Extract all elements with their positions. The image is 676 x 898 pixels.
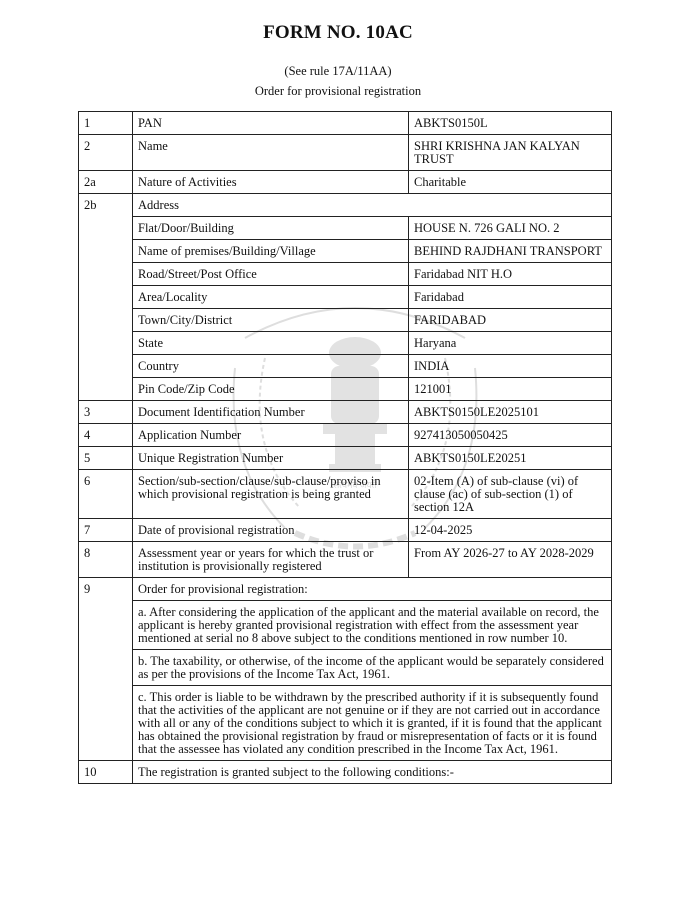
row-serial: 2 [79, 135, 133, 171]
row-value-nature: Charitable [409, 171, 612, 194]
address-label: Road/Street/Post Office [133, 263, 409, 286]
address-value: INDIA [409, 355, 612, 378]
row-label-name: Name [133, 135, 409, 171]
table-row: 2a Nature of Activities Charitable [79, 171, 612, 194]
order-paragraph-c: c. This order is liable to be withdrawn … [133, 686, 612, 761]
address-value: FARIDABAD [409, 309, 612, 332]
row-label-urn: Unique Registration Number [133, 447, 409, 470]
table-row: 5 Unique Registration Number ABKTS0150LE… [79, 447, 612, 470]
row-serial: 2b [79, 194, 133, 401]
address-label: Name of premises/Building/Village [133, 240, 409, 263]
table-row: 2b Address [79, 194, 612, 217]
row-serial: 2a [79, 171, 133, 194]
row-value-date: 12-04-2025 [409, 519, 612, 542]
row-label-assessment-years: Assessment year or years for which the t… [133, 542, 409, 578]
order-paragraph-b: b. The taxability, or otherwise, of the … [133, 650, 612, 686]
rule-reference: (See rule 17A/11AA) [0, 64, 676, 79]
row-serial: 10 [79, 761, 133, 784]
row-serial: 9 [79, 578, 133, 761]
table-row: 4 Application Number 927413050050425 [79, 424, 612, 447]
address-label: Area/Locality [133, 286, 409, 309]
order-paragraph-row: a. After considering the application of … [79, 601, 612, 650]
row-label-section: Section/sub-section/clause/sub-clause/pr… [133, 470, 409, 519]
address-value: 121001 [409, 378, 612, 401]
table-row: 6 Section/sub-section/clause/sub-clause/… [79, 470, 612, 519]
address-row: Flat/Door/Building HOUSE N. 726 GALI NO.… [79, 217, 612, 240]
table-row: 9 Order for provisional registration: [79, 578, 612, 601]
order-paragraph-row: c. This order is liable to be withdrawn … [79, 686, 612, 761]
row-serial: 1 [79, 112, 133, 135]
row-label-date: Date of provisional registration [133, 519, 409, 542]
row-serial: 5 [79, 447, 133, 470]
row-value-assessment-years: From AY 2026-27 to AY 2028-2029 [409, 542, 612, 578]
address-row: Pin Code/Zip Code 121001 [79, 378, 612, 401]
address-row: Road/Street/Post Office Faridabad NIT H.… [79, 263, 612, 286]
table-row: 10 The registration is granted subject t… [79, 761, 612, 784]
form-subtitle: Order for provisional registration [0, 84, 676, 99]
row-label-address: Address [133, 194, 612, 217]
row-label-application-number: Application Number [133, 424, 409, 447]
address-row: Name of premises/Building/Village BEHIND… [79, 240, 612, 263]
row-label-conditions: The registration is granted subject to t… [133, 761, 612, 784]
table-row: 3 Document Identification Number ABKTS01… [79, 401, 612, 424]
table-row: 8 Assessment year or years for which the… [79, 542, 612, 578]
row-label-order: Order for provisional registration: [133, 578, 612, 601]
order-paragraph-a: a. After considering the application of … [133, 601, 612, 650]
row-label-document-id: Document Identification Number [133, 401, 409, 424]
address-label: Flat/Door/Building [133, 217, 409, 240]
row-serial: 8 [79, 542, 133, 578]
address-value: Faridabad [409, 286, 612, 309]
address-row: Town/City/District FARIDABAD [79, 309, 612, 332]
address-row: State Haryana [79, 332, 612, 355]
row-serial: 3 [79, 401, 133, 424]
row-value-application-number: 927413050050425 [409, 424, 612, 447]
registration-table: 1 PAN ABKTS0150L 2 Name SHRI KRISHNA JAN… [78, 111, 612, 784]
address-label: Town/City/District [133, 309, 409, 332]
table-row: 2 Name SHRI KRISHNA JAN KALYAN TRUST [79, 135, 612, 171]
address-label: Pin Code/Zip Code [133, 378, 409, 401]
row-label-pan: PAN [133, 112, 409, 135]
address-value: Faridabad NIT H.O [409, 263, 612, 286]
address-label: State [133, 332, 409, 355]
row-value-urn: ABKTS0150LE20251 [409, 447, 612, 470]
row-label-nature: Nature of Activities [133, 171, 409, 194]
address-row: Country INDIA [79, 355, 612, 378]
table-row: 1 PAN ABKTS0150L [79, 112, 612, 135]
address-value: Haryana [409, 332, 612, 355]
row-serial: 7 [79, 519, 133, 542]
order-paragraph-row: b. The taxability, or otherwise, of the … [79, 650, 612, 686]
row-value-pan: ABKTS0150L [409, 112, 612, 135]
row-serial: 4 [79, 424, 133, 447]
address-value: BEHIND RAJDHANI TRANSPORT [409, 240, 612, 263]
address-label: Country [133, 355, 409, 378]
row-value-document-id: ABKTS0150LE2025101 [409, 401, 612, 424]
row-value-section: 02-Item (A) of sub-clause (vi) of clause… [409, 470, 612, 519]
form-title: FORM NO. 10AC [0, 22, 676, 44]
row-value-name: SHRI KRISHNA JAN KALYAN TRUST [409, 135, 612, 171]
address-value: HOUSE N. 726 GALI NO. 2 [409, 217, 612, 240]
address-row: Area/Locality Faridabad [79, 286, 612, 309]
table-row: 7 Date of provisional registration 12-04… [79, 519, 612, 542]
row-serial: 6 [79, 470, 133, 519]
